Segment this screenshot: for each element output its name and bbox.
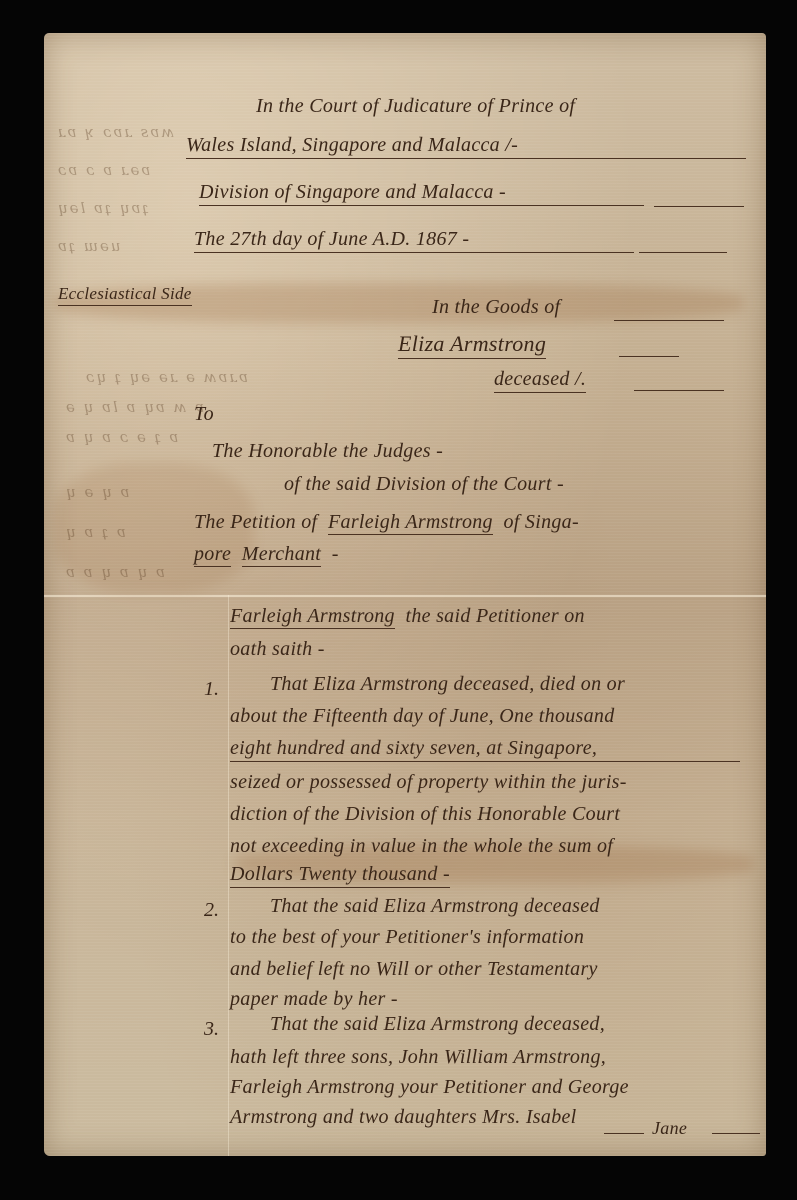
court-name-line-2: Wales Island, Singapore and Malacca /-: [186, 134, 746, 159]
line-filler-rule: [604, 1133, 644, 1134]
petition-of-suffix: of Singa-: [503, 511, 578, 533]
deceased-name: Eliza Armstrong: [398, 331, 546, 359]
catchword: Jane: [652, 1118, 687, 1139]
paragraph-2-line: and belief left no Will or other Testame…: [230, 958, 598, 981]
preamble-petitioner: Farleigh Armstrong: [230, 605, 395, 629]
bleed-through-text: ʍɐs ɹɐɔ ʞ ɐɹ: [56, 123, 174, 141]
line-filler-rule: [634, 390, 724, 391]
line-filler-rule: [619, 356, 679, 357]
division-line: Division of Singapore and Malacca -: [199, 181, 644, 206]
margin-crease: [228, 595, 229, 1156]
preamble-text: the said Petitioner on: [405, 605, 584, 627]
paragraph-3-line: That the said Eliza Armstrong deceased,: [270, 1013, 605, 1036]
paragraph-1-line: Dollars Twenty thousand -: [230, 863, 450, 888]
petition-of-line: The Petition of Farleigh Armstrong of Si…: [194, 511, 579, 534]
paragraph-3-line: Armstrong and two daughters Mrs. Isabel: [230, 1106, 577, 1129]
bleed-through-text: ɐ ʇ ɐ ɥ: [64, 523, 126, 541]
margin-note: Ecclesiastical Side: [58, 284, 192, 306]
paragraph-2-line: That the said Eliza Armstrong deceased: [270, 895, 600, 918]
occupation-prefix: pore: [194, 543, 231, 567]
horizontal-fold-crease: [44, 595, 766, 597]
petition-of-prefix: The Petition of: [194, 511, 317, 533]
bleed-through-text: ɐ ɥ ɐ ɥ ɐ ɐ: [64, 563, 165, 581]
preamble-line-2: oath saith -: [230, 638, 325, 661]
paragraph-2-line: paper made by her -: [230, 988, 398, 1011]
occupation-line: pore Merchant -: [194, 543, 339, 566]
paragraph-1-line: diction of the Division of this Honorabl…: [230, 803, 620, 826]
preamble-line-1: Farleigh Armstrong the said Petitioner o…: [230, 605, 585, 628]
petition-date: The 27th day of June A.D. 1867 -: [194, 228, 634, 253]
paragraph-number: 3.: [204, 1018, 219, 1041]
deceased-label: deceased /.: [494, 368, 586, 393]
bleed-through-text: ɐ ʍ ɐɥ ɐ lɐ ɥ ǝ: [64, 398, 204, 416]
bleed-through-text: ɐ ɥ ǝ ɥ: [64, 483, 129, 501]
paragraph-number: 1.: [204, 678, 219, 701]
paragraph-1-line: seized or possessed of property within t…: [230, 771, 627, 794]
line-filler-rule: [639, 252, 727, 253]
bleed-through-text: uǝɯ ʇɐ: [56, 237, 121, 255]
paragraph-2-line: to the best of your Petitioner's informa…: [230, 926, 584, 949]
line-filler-rule: [614, 320, 724, 321]
manuscript-page: ʍɐs ɹɐɔ ʞ ɐɹ ɐǝɹ ɐ ɔ ɐɔ ʇɐɥ ʇɐ lǝɥ uǝɯ ʇ…: [44, 33, 766, 1156]
petitioner-name: Farleigh Armstrong: [328, 511, 493, 535]
in-the-goods-of: In the Goods of: [432, 296, 560, 319]
bleed-through-text: ɐɹɐʍ ǝ ɹǝ ǝɥ ʇ ɥɔ: [84, 368, 248, 386]
addressed-to: To: [194, 403, 214, 426]
occupation-suffix: -: [332, 543, 339, 565]
paragraph-3-line: Farleigh Armstrong your Petitioner and G…: [230, 1076, 629, 1099]
court-name-line-1: In the Court of Judicature of Prince of: [256, 95, 575, 118]
paragraph-3-line: hath left three sons, John William Armst…: [230, 1046, 606, 1069]
line-filler-rule: [654, 206, 744, 207]
bleed-through-text: ʇɐɥ ʇɐ lǝɥ: [56, 199, 148, 217]
paragraph-1-line: That Eliza Armstrong deceased, died on o…: [270, 673, 625, 696]
bleed-through-text: ɐǝɹ ɐ ɔ ɐɔ: [56, 161, 150, 179]
paragraph-number: 2.: [204, 899, 219, 922]
addressee-line-1: The Honorable the Judges -: [212, 440, 443, 463]
paragraph-1-line: eight hundred and sixty seven, at Singap…: [230, 737, 740, 762]
addressee-line-2: of the said Division of the Court -: [284, 473, 564, 496]
occupation: Merchant: [242, 543, 321, 567]
paragraph-1-line: about the Fifteenth day of June, One tho…: [230, 705, 615, 728]
bleed-through-text: ɐ ʇ ǝ ɔ ɐ ɥ ɐ: [64, 428, 178, 446]
paragraph-1-line: not exceeding in value in the whole the …: [230, 835, 613, 858]
line-filler-rule: [712, 1133, 760, 1134]
